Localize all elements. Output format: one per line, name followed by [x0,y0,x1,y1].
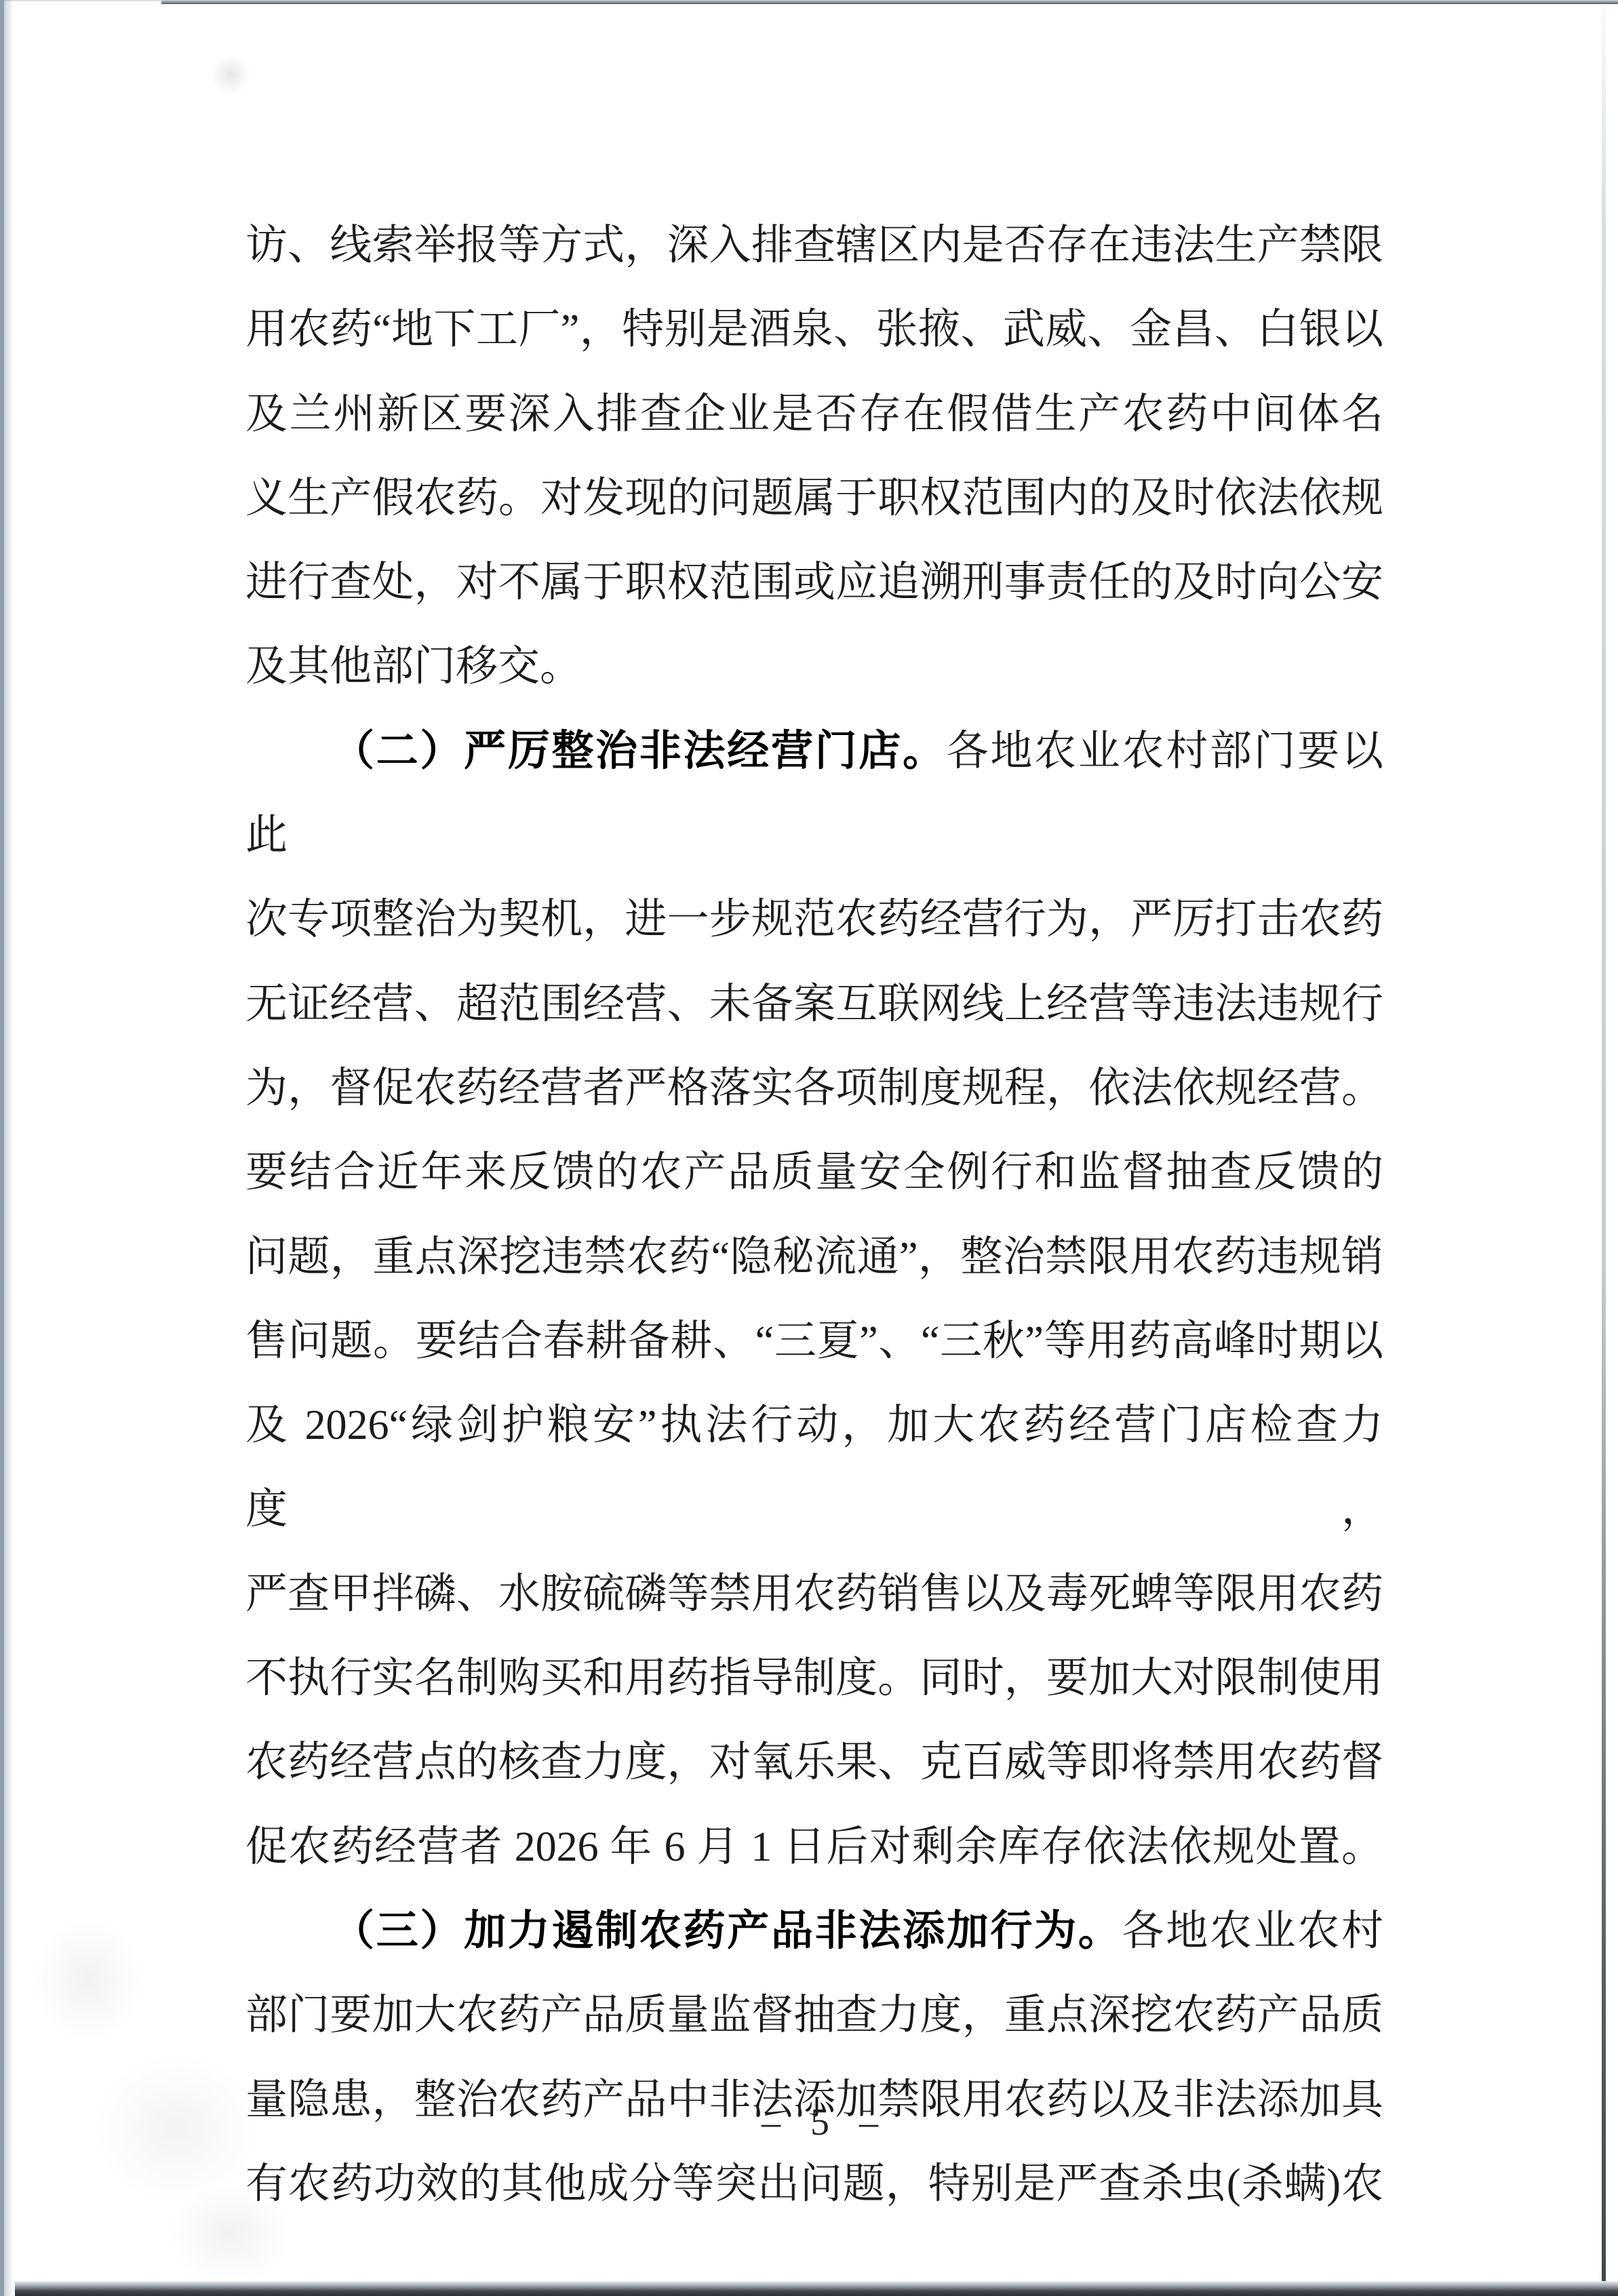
page-number: – 5 – [0,2102,1618,2143]
text-line: 问题，重点深挖违禁农药“隐秘流通”，整治禁限用农药违规销 [245,1215,1383,1299]
text-line: 及 2026“绿剑护粮安”执法行动，加大农药经营门店检查力度， [245,1383,1383,1552]
section-3-heading-bold: （三）加力遏制农药产品非法添加行为。 [332,1907,1122,1954]
text-line: 进行查处，对不属于职权范围或应追溯刑事责任的及时向公安 [245,540,1383,625]
text-line: 为，督促农药经营者严格落实各项制度规程，依法依规经营。 [245,1046,1383,1130]
text-line: 用农药“地下工厂”，特别是酒泉、张掖、武威、金昌、白银以 [245,288,1383,372]
text-line: 要结合近年来反馈的农产品质量安全例行和监督抽查反馈的 [245,1130,1383,1214]
text-line: 严查甲拌磷、水胺硫磷等禁用农药销售以及毒死蜱等限用农药 [245,1552,1383,1636]
text-line: 次专项整治为契机，进一步规范农药经营行为，严厉打击农药 [245,877,1383,962]
text-line: 有农药功效的其他成分等突出问题，特别是严查杀虫(杀螨)农 [245,2142,1383,2226]
text-line: 售问题。要结合春耕备耕、“三夏”、“三秋”等用药高峰时期以 [245,1299,1383,1383]
text-line: 农药经营点的核查力度，对氧乐果、克百威等即将禁用农药督 [245,1720,1383,1804]
scan-smudge [210,54,251,95]
scanned-document-page: { "page": { "number": "– 5 –", "colors":… [0,0,1618,2296]
text-line: 无证经营、超范围经营、未备案互联网线上经营等违法违规行 [245,962,1383,1046]
scan-smudge [34,1919,142,2041]
text-line: 访、线索举报等方式，深入排查辖区内是否存在违法生产禁限 [245,203,1383,288]
scan-top-edge [161,0,1618,4]
text-line: 促农药经营者 2026 年 6 月 1 日后对剩余库存依法依规处置。 [245,1805,1383,1889]
text-line: 部门要加大农药产品质量监督抽查力度，重点深挖农药产品质 [245,1973,1383,2057]
text-line: 义生产假农药。对发现的问题属于职权范围内的及时依法依规 [245,456,1383,540]
document-text-block: 访、线索举报等方式，深入排查辖区内是否存在违法生产禁限 用农药“地下工厂”，特别… [245,203,1383,2226]
text-line: 不执行实名制购买和用药指导制度。同时，要加大对限制使用 [245,1636,1383,1720]
scan-bottom-edge [15,2281,1618,2296]
text-line: 及兰州新区要深入排查企业是否存在假借生产农药中间体名 [245,372,1383,456]
scan-left-shadow [4,0,14,2296]
section-3-heading-line: （三）加力遏制农药产品非法添加行为。各地农业农村 [245,1889,1383,1973]
scan-right-edge [1602,0,1606,2296]
paragraph-end-line: 及其他部门移交。 [245,625,1383,709]
section-2-heading-line: （二）严厉整治非法经营门店。各地农业农村部门要以此 [245,709,1383,878]
text-run: 各地农业农村 [1122,1908,1383,1954]
section-2-heading-bold: （二）严厉整治非法经营门店。 [332,728,947,774]
